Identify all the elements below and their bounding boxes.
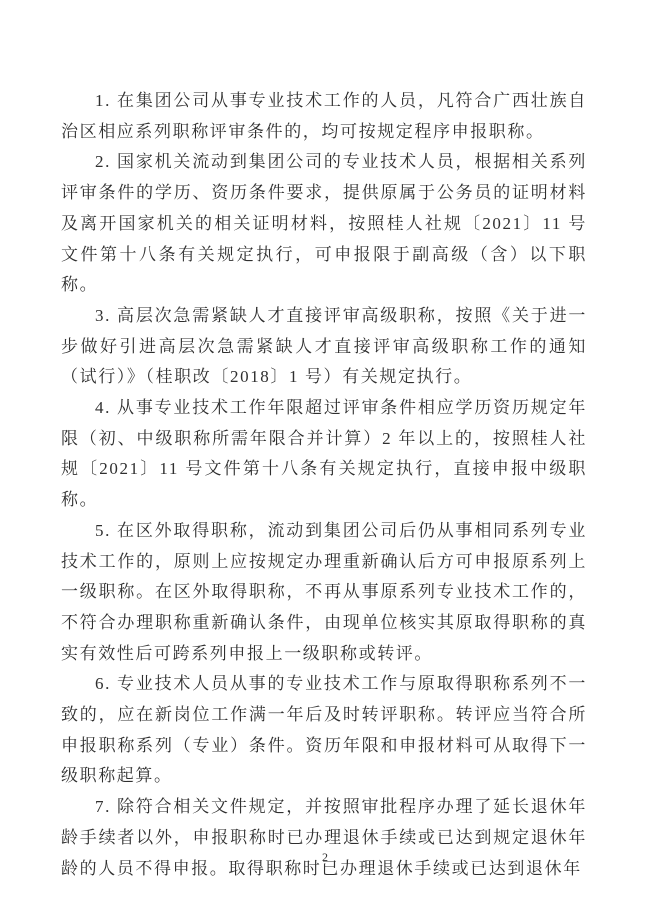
- paragraph-7: 7. 除符合相关文件规定，并按照审批程序办理了延长退休年龄手续者以外，申报职称时…: [61, 792, 587, 884]
- paragraph-3: 3. 高层次急需紧缺人才直接评审高级职称，按照《关于进一步做好引进高层次急需紧缺…: [61, 301, 587, 393]
- page-number: 2: [0, 850, 650, 865]
- paragraph-5: 5. 在区外取得职称，流动到集团公司后仍从事相同系列专业技术工作的，原则上应按规…: [61, 516, 587, 670]
- paragraph-2: 2. 国家机关流动到集团公司的专业技术人员，根据相关系列评审条件的学历、资历条件…: [61, 147, 587, 301]
- paragraph-4: 4. 从事专业技术工作年限超过评审条件相应学历资历规定年限（初、中级职称所需年限…: [61, 393, 587, 516]
- paragraph-6: 6. 专业技术人员从事的专业技术工作与原取得职称系列不一致的，应在新岗位工作满一…: [61, 669, 587, 792]
- document-body-text: 1. 在集团公司从事专业技术工作的人员，凡符合广西壮族自治区相应系列职称评审条件…: [61, 86, 587, 884]
- document-page: 1. 在集团公司从事专业技术工作的人员，凡符合广西壮族自治区相应系列职称评审条件…: [0, 0, 650, 923]
- paragraph-1: 1. 在集团公司从事专业技术工作的人员，凡符合广西壮族自治区相应系列职称评审条件…: [61, 86, 587, 147]
